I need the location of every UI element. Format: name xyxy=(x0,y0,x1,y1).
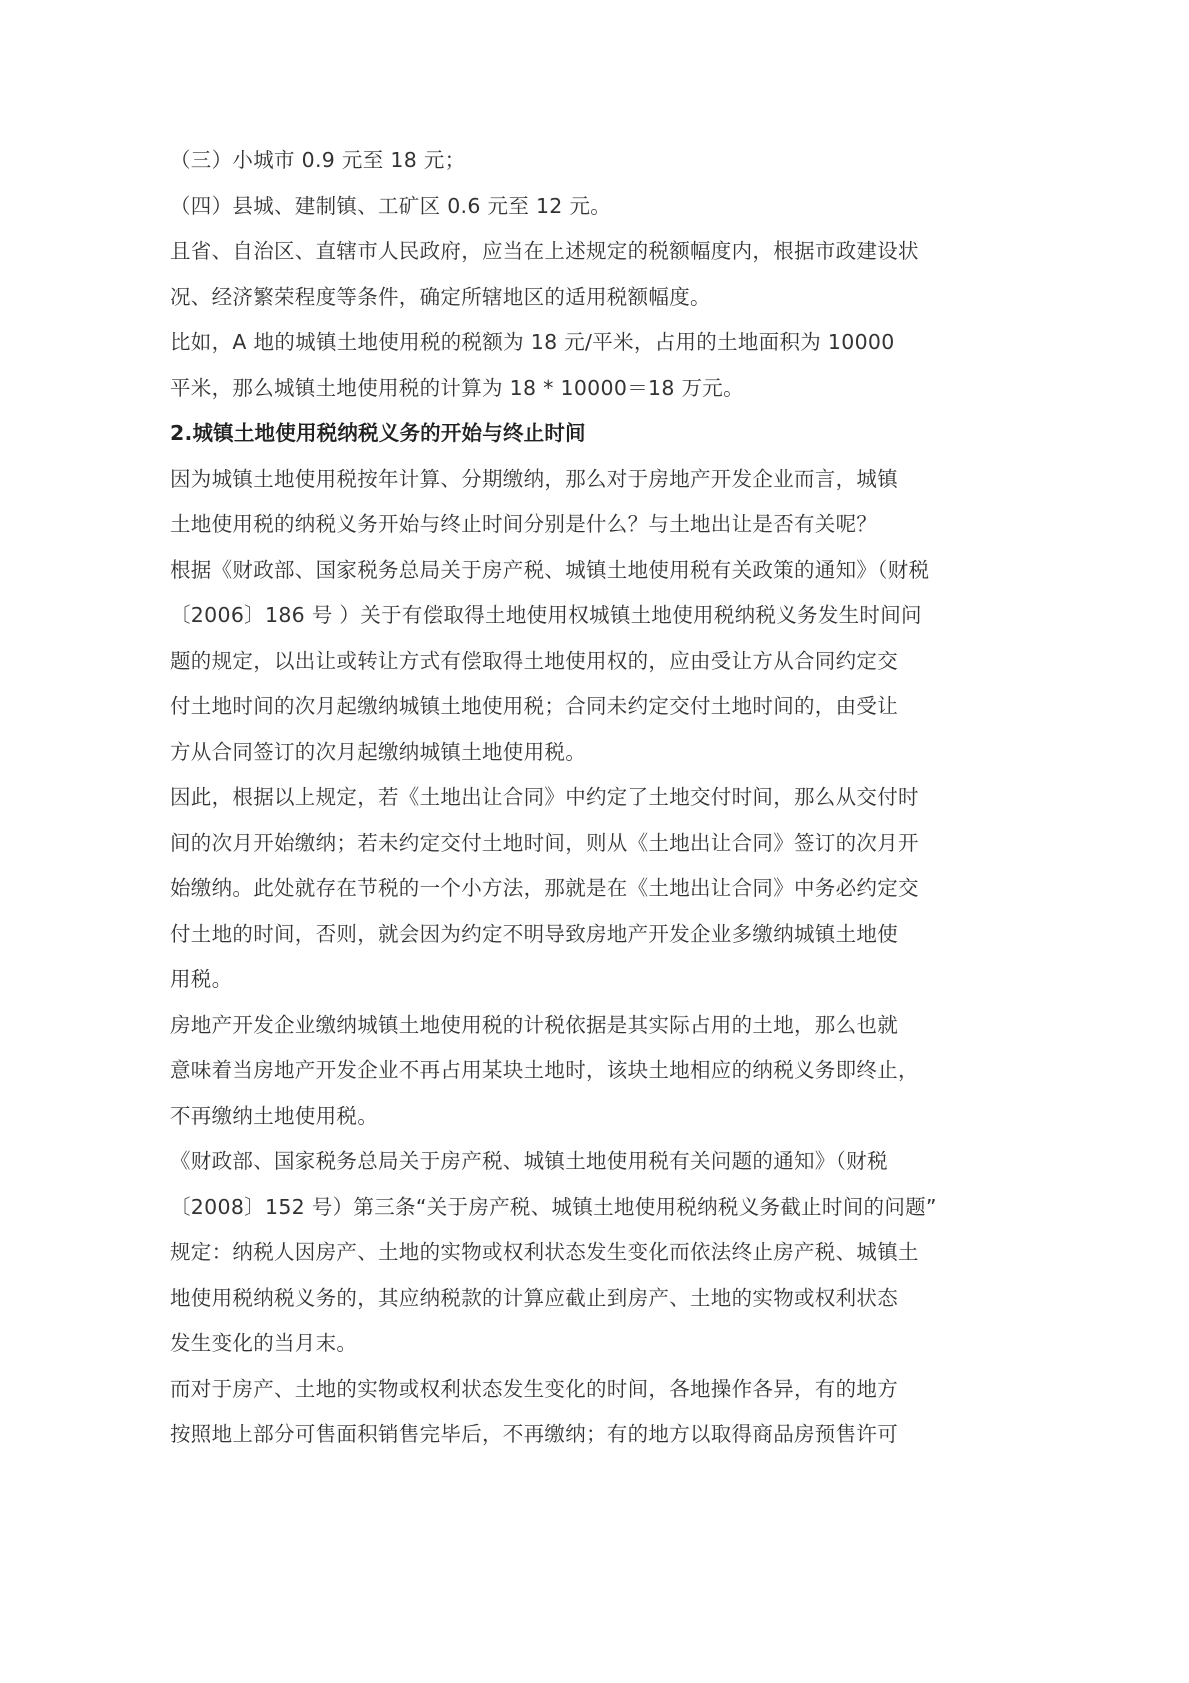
text-line: 规定：纳税人因房产、土地的实物或权利状态发生变化而依法终止房产税、城镇土 xyxy=(170,1230,950,1276)
text-line: 〔2006〕186 号 ）关于有偿取得土地使用权城镇土地使用税纳税义务发生时间问 xyxy=(170,593,950,639)
text-line: 不再缴纳土地使用税。 xyxy=(170,1094,950,1140)
text-line: 土地使用税的纳税义务开始与终止时间分别是什么？与土地出让是否有关呢？ xyxy=(170,502,950,548)
document-page: （三）小城市 0.9 元至 18 元； （四）县城、建制镇、工矿区 0.6 元至… xyxy=(0,0,1189,1683)
heading-text: 2.城镇土地使用税纳税义务的开始与终止时间 xyxy=(170,411,950,457)
text-line: 题的规定，以出让或转让方式有偿取得土地使用权的，应由受让方从合同约定交 xyxy=(170,639,950,685)
text-line: 〔2008〕152 号）第三条“关于房产税、城镇土地使用税纳税义务截止时间的问题… xyxy=(170,1185,950,1231)
text-line: 付土地时间的次月起缴纳城镇土地使用税；合同未约定交付土地时间的，由受让 xyxy=(170,684,950,730)
paragraph-provincial-rate-range: 且省、自治区、直辖市人民政府，应当在上述规定的税额幅度内，根据市政建设状 况、经… xyxy=(170,229,950,320)
text-line: （四）县城、建制镇、工矿区 0.6 元至 12 元。 xyxy=(170,184,950,230)
text-line: 间的次月开始缴纳；若未约定交付土地时间，则从《土地出让合同》签订的次月开 xyxy=(170,821,950,867)
paragraph-local-practices: 而对于房产、土地的实物或权利状态发生变化的时间，各地操作各异，有的地方 按照地上… xyxy=(170,1367,950,1458)
text-line: 且省、自治区、直辖市人民政府，应当在上述规定的税额幅度内，根据市政建设状 xyxy=(170,229,950,275)
text-line: 根据《财政部、国家税务总局关于房产税、城镇土地使用税有关政策的通知》（财税 xyxy=(170,548,950,594)
text-line: 地使用税纳税义务的，其应纳税款的计算应截止到房产、土地的实物或权利状态 xyxy=(170,1276,950,1322)
text-line: 况、经济繁荣程度等条件，确定所辖地区的适用税额幅度。 xyxy=(170,275,950,321)
text-line: 平米，那么城镇土地使用税的计算为 18 * 10000＝18 万元。 xyxy=(170,366,950,412)
text-line: （三）小城市 0.9 元至 18 元； xyxy=(170,138,950,184)
text-line: 发生变化的当月末。 xyxy=(170,1321,950,1367)
paragraph-tax-saving-method: 因此，根据以上规定，若《土地出让合同》中约定了土地交付时间，那么从交付时 间的次… xyxy=(170,775,950,1003)
text-line: 因此，根据以上规定，若《土地出让合同》中约定了土地交付时间，那么从交付时 xyxy=(170,775,950,821)
text-line: 按照地上部分可售面积销售完毕后，不再缴纳；有的地方以取得商品房预售许可 xyxy=(170,1412,950,1458)
text-line: 房地产开发企业缴纳城镇土地使用税的计税依据是其实际占用的土地，那么也就 xyxy=(170,1003,950,1049)
paragraph-calculation-example: 比如，A 地的城镇土地使用税的税额为 18 元/平米，占用的土地面积为 1000… xyxy=(170,320,950,411)
text-line: 始缴纳。此处就存在节税的一个小方法，那就是在《土地出让合同》中务必约定交 xyxy=(170,866,950,912)
text-line: 而对于房产、土地的实物或权利状态发生变化的时间，各地操作各异，有的地方 xyxy=(170,1367,950,1413)
section-heading: 2.城镇土地使用税纳税义务的开始与终止时间 xyxy=(170,411,950,457)
text-line: 付土地的时间，否则，就会因为约定不明导致房地产开发企业多缴纳城镇土地使 xyxy=(170,912,950,958)
text-line: 方从合同签订的次月起缴纳城镇土地使用税。 xyxy=(170,730,950,776)
text-line: 比如，A 地的城镇土地使用税的税额为 18 元/平米，占用的土地面积为 1000… xyxy=(170,320,950,366)
paragraph-termination-basis: 房地产开发企业缴纳城镇土地使用税的计税依据是其实际占用的土地，那么也就 意味着当… xyxy=(170,1003,950,1140)
text-line: 因为城镇土地使用税按年计算、分期缴纳，那么对于房地产开发企业而言，城镇 xyxy=(170,457,950,503)
list-item-small-city: （三）小城市 0.9 元至 18 元； xyxy=(170,138,950,184)
text-line: 用税。 xyxy=(170,957,950,1003)
list-item-county-town: （四）县城、建制镇、工矿区 0.6 元至 12 元。 xyxy=(170,184,950,230)
paragraph-regulation-2006: 根据《财政部、国家税务总局关于房产税、城镇土地使用税有关政策的通知》（财税 〔2… xyxy=(170,548,950,776)
document-body: （三）小城市 0.9 元至 18 元； （四）县城、建制镇、工矿区 0.6 元至… xyxy=(170,138,950,1458)
paragraph-regulation-2008: 《财政部、国家税务总局关于房产税、城镇土地使用税有关问题的通知》（财税 〔200… xyxy=(170,1139,950,1367)
paragraph-question: 因为城镇土地使用税按年计算、分期缴纳，那么对于房地产开发企业而言，城镇 土地使用… xyxy=(170,457,950,548)
text-line: 《财政部、国家税务总局关于房产税、城镇土地使用税有关问题的通知》（财税 xyxy=(170,1139,950,1185)
text-line: 意味着当房地产开发企业不再占用某块土地时，该块土地相应的纳税义务即终止， xyxy=(170,1048,950,1094)
